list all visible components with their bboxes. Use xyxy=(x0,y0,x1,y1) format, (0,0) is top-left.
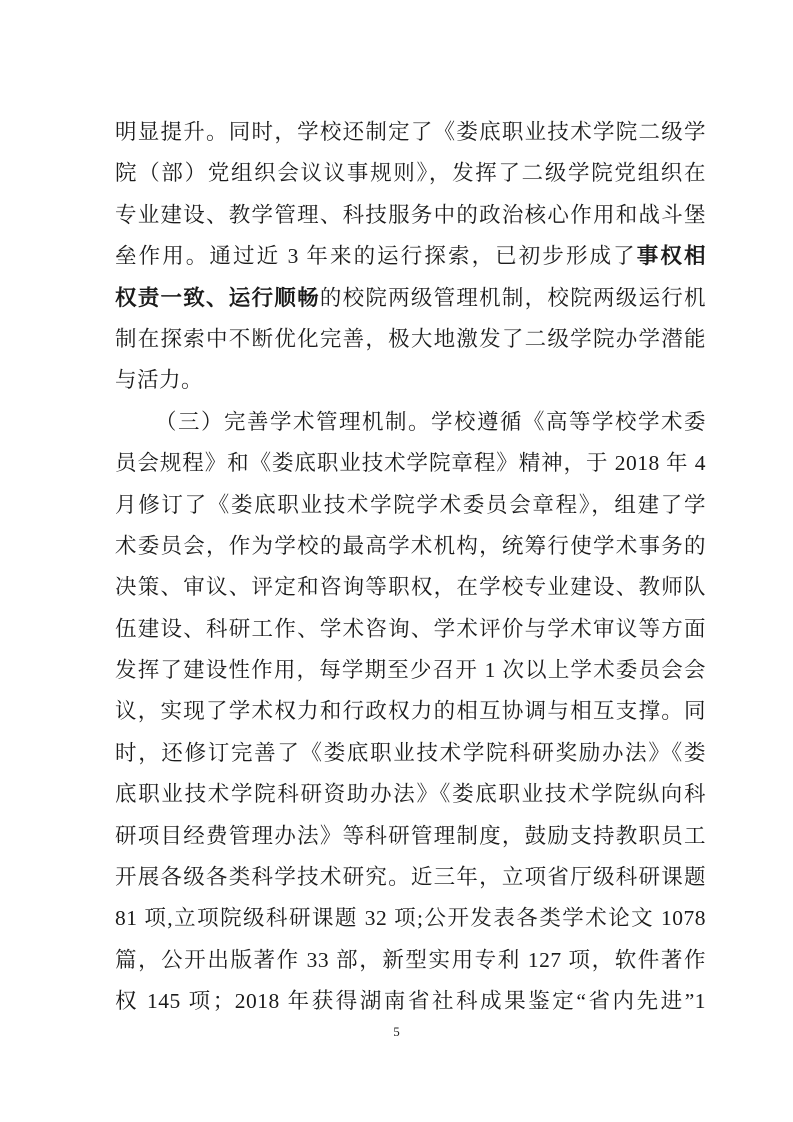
text-segment: 伍建设、科研工作、学术咨询、学术评价与学术审议等方面 xyxy=(115,617,706,641)
text-line: 开展各级各类科学技术研究。近三年，立项省厅级科研课题 xyxy=(115,857,706,898)
document-page: 明显提升。同时，学校还制定了《娄底职业技术学院二级学院（部）党组织会议议事规则》… xyxy=(0,0,793,1122)
text-line: 专业建设、教学管理、科技服务中的政治核心作用和战斗堡 xyxy=(115,195,706,236)
text-segment: 议，实现了学术权力和行政权力的相互协调与相互支撑。同 xyxy=(115,699,706,723)
body-text: 明显提升。同时，学校还制定了《娄底职业技术学院二级学院（部）党组织会议议事规则》… xyxy=(115,112,706,1023)
text-line: 院（部）党组织会议议事规则》，发挥了二级学院党组织在 xyxy=(115,153,706,194)
text-line: 研项目经费管理办法》等科研管理制度，鼓励支持教职员工 xyxy=(115,816,706,857)
text-segment: 决策、审议、评定和咨询等职权，在学校专业建设、教师队 xyxy=(115,575,706,599)
bold-text-segment: 权责一致、运行顺畅 xyxy=(115,286,320,310)
text-segment: 篇，公开出版著作 33 部，新型实用专利 127 项，软件著作 xyxy=(115,948,706,972)
text-line: 发挥了建设性作用，每学期至少召开 1 次以上学术委员会会 xyxy=(115,650,706,691)
text-segment: 研项目经费管理办法》等科研管理制度，鼓励支持教职员工 xyxy=(115,824,706,848)
text-segment: 明显提升。同时，学校还制定了《娄底职业技术学院二级学 xyxy=(115,120,706,144)
text-line: 议，实现了学术权力和行政权力的相互协调与相互支撑。同 xyxy=(115,691,706,732)
text-line: 时，还修订完善了《娄底职业技术学院科研奖励办法》《娄 xyxy=(115,733,706,774)
text-line: 员会规程》和《娄底职业技术学院章程》精神，于 2018 年 4 xyxy=(115,443,706,484)
text-line: 与活力。 xyxy=(115,360,706,401)
text-segment: 开展各级各类科学技术研究。近三年，立项省厅级科研课题 xyxy=(115,865,706,889)
text-segment: 底职业技术学院科研资助办法》《娄底职业技术学院纵向科 xyxy=(115,782,706,806)
text-line: 制在探索中不断优化完善，极大地激发了二级学院办学潜能 xyxy=(115,319,706,360)
text-segment: 院（部）党组织会议议事规则》，发挥了二级学院党组织在 xyxy=(115,161,706,185)
text-line: 明显提升。同时，学校还制定了《娄底职业技术学院二级学 xyxy=(115,112,706,153)
text-line: 81 项,立项院级科研课题 32 项;公开发表各类学术论文 1078 xyxy=(115,898,706,939)
text-line: （三）完善学术管理机制。学校遵循《高等学校学术委 xyxy=(115,402,706,443)
text-segment: 81 项,立项院级科研课题 32 项;公开发表各类学术论文 1078 xyxy=(115,906,706,930)
text-segment: 垒作用。通过近 3 年来的运行探索，已初步形成了 xyxy=(115,244,637,268)
text-segment: 术委员会，作为学校的最高学术机构，统筹行使学术事务的 xyxy=(115,534,706,558)
text-segment: 发挥了建设性作用，每学期至少召开 1 次以上学术委员会会 xyxy=(115,658,706,682)
text-segment: 制在探索中不断优化完善，极大地激发了二级学院办学潜能 xyxy=(115,327,706,351)
text-line: 垒作用。通过近 3 年来的运行探索，已初步形成了事权相宜、 xyxy=(115,236,706,277)
page-number: 5 xyxy=(0,1024,793,1040)
text-line: 月修订了《娄底职业技术学院学术委员会章程》，组建了学 xyxy=(115,485,706,526)
text-segment: 专业建设、教学管理、科技服务中的政治核心作用和战斗堡 xyxy=(115,203,706,227)
text-segment: 月修订了《娄底职业技术学院学术委员会章程》，组建了学 xyxy=(115,493,706,517)
text-segment: 与活力。 xyxy=(115,368,203,392)
text-line: 底职业技术学院科研资助办法》《娄底职业技术学院纵向科 xyxy=(115,774,706,815)
text-segment: 权 145 项；2018 年获得湖南省社科成果鉴定“省内先进”1 xyxy=(115,989,706,1013)
text-line: 权 145 项；2018 年获得湖南省社科成果鉴定“省内先进”1 xyxy=(115,981,706,1022)
text-segment: 时，还修订完善了《娄底职业技术学院科研奖励办法》《娄 xyxy=(115,741,706,765)
text-line: 权责一致、运行顺畅的校院两级管理机制，校院两级运行机 xyxy=(115,278,706,319)
text-segment: 的校院两级管理机制，校院两级运行机 xyxy=(320,286,706,310)
text-segment: 员会规程》和《娄底职业技术学院章程》精神，于 2018 年 4 xyxy=(115,451,706,475)
text-line: 决策、审议、评定和咨询等职权，在学校专业建设、教师队 xyxy=(115,567,706,608)
text-line: 伍建设、科研工作、学术咨询、学术评价与学术审议等方面 xyxy=(115,609,706,650)
text-segment: （三）完善学术管理机制。学校遵循《高等学校学术委 xyxy=(155,410,706,434)
text-line: 篇，公开出版著作 33 部，新型实用专利 127 项，软件著作 xyxy=(115,940,706,981)
text-line: 术委员会，作为学校的最高学术机构，统筹行使学术事务的 xyxy=(115,526,706,567)
